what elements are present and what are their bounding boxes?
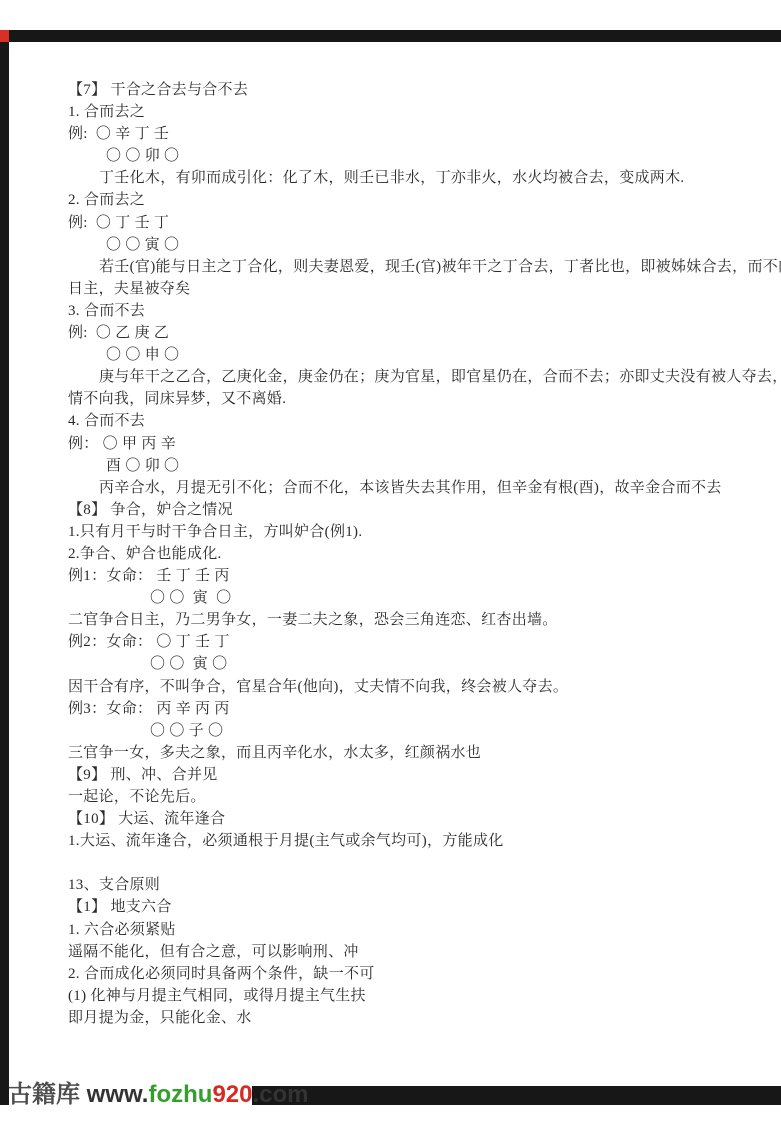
text-line: 例3：女命： 丙 辛 丙 丙 — [68, 698, 768, 720]
text-line: 〇 〇 寅 〇 — [68, 587, 768, 609]
text-line: 若壬(官)能与日主之丁合化，则夫妻恩爱，现壬(官)被年干之丁合去，丁者比也，即被… — [68, 256, 768, 278]
scan-edge-bottom-bar — [252, 1086, 781, 1105]
text-line: 【9】 刑、冲、合并见 — [68, 764, 768, 786]
text-line: 1. 合而去之 — [68, 101, 768, 123]
text-line: 2.争合、妒合也能成化. — [68, 543, 768, 565]
text-line: 例： 〇 甲 丙 辛 — [68, 433, 768, 455]
text-line: 例1：女命： 壬 丁 壬 丙 — [68, 565, 768, 587]
watermark: 古籍库 www.fozhu920.com — [8, 1082, 309, 1108]
text-line: 酉 〇 卯 〇 — [68, 455, 768, 477]
text-line: 例: 〇 辛 丁 壬 — [68, 123, 768, 145]
text-line: 1. 六合必须紧贴 — [68, 919, 768, 941]
watermark-site-name: 古籍库 — [8, 1081, 80, 1108]
text-line: 〇 〇 寅 〇 — [68, 653, 768, 675]
scan-corner-red-mark — [0, 30, 9, 42]
text-line: 日主，夫星被夺矣 — [68, 278, 768, 300]
text-line: 因干合有序，不叫争合，官星合年(他向)，丈夫情不向我，终会被人夺去。 — [68, 676, 768, 698]
text-line: 4. 合而不去 — [68, 410, 768, 432]
text-line: 庚与年干之乙合，乙庚化金，庚金仍在；庚为官星，即官星仍在，合而不去；亦即丈夫没有… — [68, 366, 768, 388]
text-line: 3. 合而不去 — [68, 300, 768, 322]
document-page: 【7】 干合之合去与合不去1. 合而去之例: 〇 辛 丁 壬〇 〇 卯 〇丁壬化… — [0, 0, 781, 1122]
page-text-content: 【7】 干合之合去与合不去1. 合而去之例: 〇 辛 丁 壬〇 〇 卯 〇丁壬化… — [68, 79, 768, 1029]
text-line: 一起论，不论先后。 — [68, 786, 768, 808]
text-line: 〇 〇 卯 〇 — [68, 145, 768, 167]
text-line: 三官争一女，多夫之象，而且丙辛化水，水太多，红颜祸水也 — [68, 742, 768, 764]
text-line: 例: 〇 丁 壬 丁 — [68, 212, 768, 234]
text-line: 例: 〇 乙 庚 乙 — [68, 322, 768, 344]
text-line: (1) 化神与月提主气相同，或得月提主气生扶 — [68, 985, 768, 1007]
text-line: 例2：女命： 〇 丁 壬 丁 — [68, 631, 768, 653]
text-line: 1.只有月干与时干争合日主，方叫妒合(例1). — [68, 521, 768, 543]
text-line: 【7】 干合之合去与合不去 — [68, 79, 768, 101]
scan-edge-top-bar — [9, 30, 781, 42]
text-line: 【1】 地支六合 — [68, 896, 768, 918]
scan-edge-left-bar — [0, 42, 9, 1105]
text-line — [68, 852, 768, 874]
text-line: 丁壬化木，有卯而成引化：化了木，则壬已非水，丁亦非火，水火均被合去，变成两木. — [68, 167, 768, 189]
text-line: 二官争合日主，乃二男争女，一妻二夫之象，恐会三角连恋、红杏出墙。 — [68, 609, 768, 631]
text-line: 〇 〇 申 〇 — [68, 344, 768, 366]
text-line: 遥隔不能化，但有合之意，可以影响刑、冲 — [68, 941, 768, 963]
text-line: 情不向我，同床异梦，又不离婚. — [68, 388, 768, 410]
text-line: 2. 合而去之 — [68, 189, 768, 211]
text-line: 2. 合而成化必须同时具备两个条件，缺一不可 — [68, 963, 768, 985]
text-line: 〇 〇 子 〇 — [68, 720, 768, 742]
text-line: 丙辛合水，月提无引不化；合而不化，本该皆失去其作用，但辛金有根(酉)，故辛金合而… — [68, 477, 768, 499]
text-line: 即月提为金，只能化金、水 — [68, 1007, 768, 1029]
watermark-url-suffix: .com — [252, 1081, 308, 1108]
text-line: 【8】 争合，妒合之情况 — [68, 499, 768, 521]
text-line: 13、支合原则 — [68, 874, 768, 896]
text-line: 1.大运、流年逢合，必须通根于月提(主气或余气均可)，方能成化 — [68, 830, 768, 852]
watermark-url-red: 920 — [212, 1081, 252, 1108]
watermark-url-green: fozhu — [148, 1081, 212, 1108]
text-line: 【10】 大运、流年逢合 — [68, 808, 768, 830]
text-line: 〇 〇 寅 〇 — [68, 234, 768, 256]
watermark-url-prefix: www. — [80, 1081, 148, 1108]
